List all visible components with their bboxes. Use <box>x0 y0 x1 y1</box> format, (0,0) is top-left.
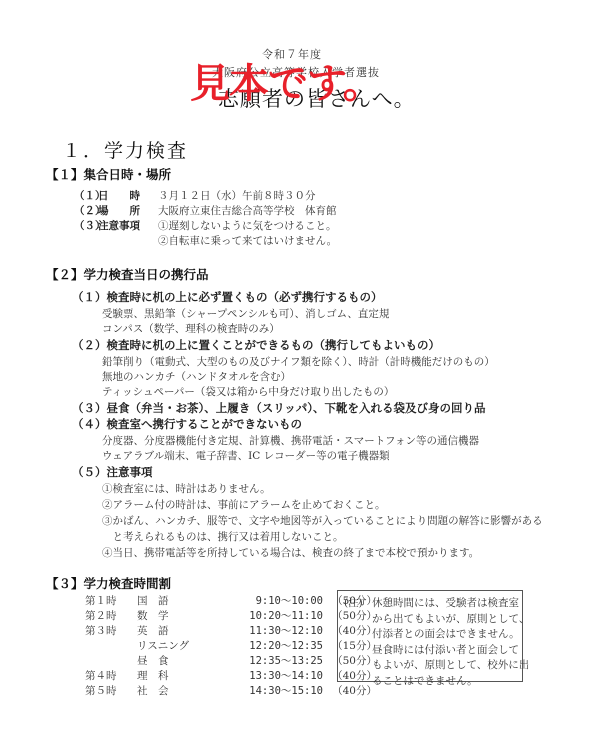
time: 9:10～10:00 <box>219 593 323 608</box>
time: 10:20～11:10 <box>219 608 323 623</box>
precaution-line: と考えられるものは、携行又は着用しないこと。 <box>102 529 344 544</box>
part1-heading: 【１】集合日時・場所 <box>46 165 171 183</box>
item-label: 場 所 <box>98 203 158 218</box>
assembly-date-row: （１） 日 時 ３月１２日（水）午前８時３０分 <box>74 188 316 203</box>
item-number: （１） <box>74 188 98 203</box>
item-number: （２） <box>74 203 98 218</box>
period: 第２時 <box>85 608 137 623</box>
note-line: もよいが、原則として、校外に出 <box>372 658 516 674</box>
period <box>85 653 137 668</box>
break-time-note: (注) 休憩時間には、受験者は検査室 から出てもよいが、原則として、 付添者との… <box>337 590 523 682</box>
sample-stamp: 見本です。 <box>190 64 382 104</box>
timetable-row: 第５時 社 会 14:30～15:10 （40分） <box>85 683 377 698</box>
period: 第５時 <box>85 683 137 698</box>
lunch-items-heading: （３）昼食（弁当・お茶）、上履き（スリッパ）、下靴を入れる袋及び身の回り品 <box>72 400 486 416</box>
part2-heading: 【２】学力検査当日の携行品 <box>46 265 209 283</box>
note-line: 休憩時間には、受験者は検査室 <box>372 596 516 612</box>
precaution-line: ④当日、携帯電話等を所持している場合は、検査の終了まで本校で預かります。 <box>102 545 479 560</box>
timetable-row: 昼 食 12:35～13:25 （50分） <box>85 653 377 668</box>
timetable-row: 第４時 理 科 13:30～14:10 （40分） <box>85 668 377 683</box>
note-line: 昼食時には付添い者と面会して <box>372 643 516 659</box>
subject: 国 語 <box>137 593 219 608</box>
subject: 昼 食 <box>137 653 219 668</box>
prohibited-items-line: 分度器、分度器機能付き定規、計算機、携帯電話・スマートフォン等の通信機器 <box>102 433 479 448</box>
prohibited-items-heading: （４）検査室へ携行することができないもの <box>72 416 302 432</box>
note-prefix: (注) <box>344 596 363 612</box>
assembly-notes-row: （３） 注意事項 ①遅刻しないように気をつけること。 <box>74 218 337 233</box>
precautions-heading: （５）注意事項 <box>72 464 153 480</box>
period <box>85 638 137 653</box>
assembly-note-2: ②自転車に乗って来てはいけません。 <box>158 233 337 248</box>
time: 11:30～12:10 <box>219 623 323 638</box>
required-items-line: 受験票、黒鉛筆（シャープペンシルも可）、消しゴム、直定規 <box>102 306 389 321</box>
item-value: ３月１２日（水）午前８時３０分 <box>158 188 316 203</box>
duration: （40分） <box>323 683 377 698</box>
time: 12:20～12:35 <box>219 638 323 653</box>
subject: 社 会 <box>137 683 219 698</box>
note-line: 付添者との面会はできません。 <box>372 627 516 643</box>
period: 第３時 <box>85 623 137 638</box>
allowed-items-line: 鉛筆削り（電動式、大型のもの及びナイフ類を除く）、時計（計時機能だけのもの） <box>102 354 495 369</box>
prohibited-items-line: ウェアラブル端末、電子辞書、IC レコーダー等の電子機器類 <box>102 448 390 463</box>
subject: 理 科 <box>137 668 219 683</box>
required-items-line: コンパス（数学、理科の検査時のみ） <box>102 321 280 336</box>
time: 13:30～14:10 <box>219 668 323 683</box>
precaution-line: ①検査室には、時計はありません。 <box>102 481 271 496</box>
time: 14:30～15:10 <box>219 683 323 698</box>
period: 第１時 <box>85 593 137 608</box>
allowed-items-line: 無地のハンカチ（ハンドタオルを含む） <box>102 369 291 384</box>
subject: 数 学 <box>137 608 219 623</box>
timetable-row: リスニング 12:20～12:35 （15分） <box>85 638 377 653</box>
note-line: から出てもよいが、原則として、 <box>372 612 516 628</box>
item-value: ①遅刻しないように気をつけること。 <box>158 218 337 233</box>
period: 第４時 <box>85 668 137 683</box>
item-number: （３） <box>74 218 98 233</box>
section-heading: １．学力検査 <box>62 136 188 163</box>
subject: リスニング <box>137 638 219 653</box>
precaution-line: ③かばん、ハンカチ、服等で、文字や地図等が入っていることにより問題の解答に影響が… <box>102 513 543 528</box>
required-items-heading: （１）検査時に机の上に必ず置くもの（必ず携行するもの） <box>72 289 383 305</box>
assembly-place-row: （２） 場 所 大阪府立東住吉総合高等学校 体育館 <box>74 203 337 218</box>
precaution-line: ②アラーム付の時計は、事前にアラームを止めておくこと。 <box>102 497 386 512</box>
item-label: 注意事項 <box>98 218 158 233</box>
allowed-items-heading: （２）検査時に机の上に置くことができるもの（携行してもよいもの） <box>72 337 440 353</box>
timetable-row: 第３時 英 語 11:30～12:10 （40分） <box>85 623 377 638</box>
time: 12:35～13:25 <box>219 653 323 668</box>
part3-heading: 【３】学力検査時間割 <box>46 574 171 592</box>
timetable-row: 第２時 数 学 10:20～11:10 （50分） <box>85 608 377 623</box>
year-label: 令和７年度 <box>262 46 322 62</box>
timetable-row: 第１時 国 語 9:10～10:00 （50分） <box>85 593 377 608</box>
subject: 英 語 <box>137 623 219 638</box>
allowed-items-line: ティッシュペーパー（袋又は箱から中身だけ取り出したもの） <box>102 384 394 399</box>
item-label: 日 時 <box>98 188 158 203</box>
item-value: 大阪府立東住吉総合高等学校 体育館 <box>158 203 337 218</box>
note-line: ることはできません。 <box>372 674 516 690</box>
